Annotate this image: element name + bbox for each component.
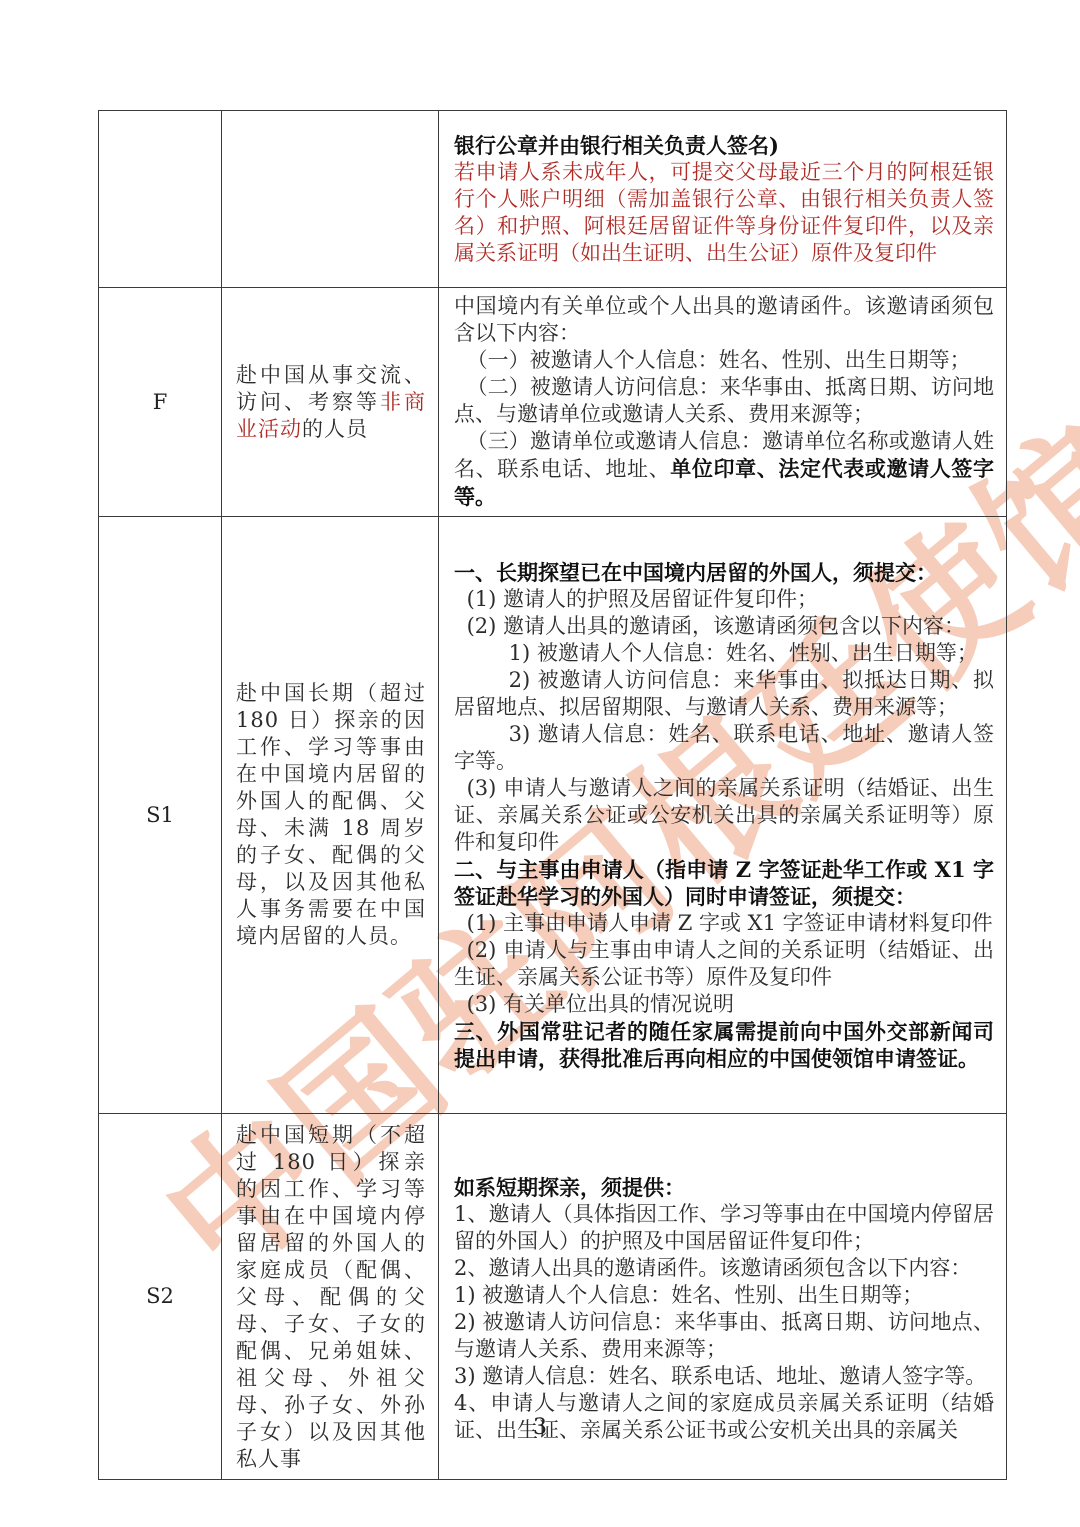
requirement-heading: 二、与主事由申请人（指申请 Z 字签证赴华工作或 X1 字签证赴华学习的外国人）… — [454, 856, 994, 910]
requirement-paragraph-red: 若申请人系未成年人，可提交父母最近三个月的阿根廷银行个人账户明细（需加盖银行公章… — [454, 159, 994, 267]
requirement-paragraph: （一）被邀请人个人信息：姓名、性别、出生日期等； — [454, 347, 994, 374]
visa-code-s1: S1 — [99, 517, 222, 1114]
document-page: 中国驻阿根廷使馆 银行公章并由银行相关负责人签名) 若申请人系未成年人，可提交父… — [0, 0, 1080, 1527]
requirement-heading: 如系短期探亲，须提供： — [454, 1174, 994, 1201]
applicant-description-cell-empty — [222, 111, 439, 288]
table-row-visa-s1: S1 赴中国长期（超过 180 日）探亲的因工作、学习等事由在中国境内居留的外国… — [99, 517, 1007, 1114]
requirement-paragraph: 1) 被邀请人个人信息：姓名、性别、出生日期等； — [454, 640, 994, 667]
requirements-cell: 中国境内有关单位或个人出具的邀请函件。该邀请函须包含以下内容： （一）被邀请人个… — [439, 288, 1007, 517]
table-row-continuation: 银行公章并由银行相关负责人签名) 若申请人系未成年人，可提交父母最近三个月的阿根… — [99, 111, 1007, 288]
visa-requirements-table: 银行公章并由银行相关负责人签名) 若申请人系未成年人，可提交父母最近三个月的阿根… — [98, 110, 1007, 1480]
requirement-paragraph: 3) 邀请人信息：姓名、联系电话、地址、邀请人签字等。 — [454, 721, 994, 775]
page-number: 3 — [0, 1415, 1080, 1440]
requirement-paragraph: (1) 邀请人的护照及居留证件复印件； — [454, 586, 994, 613]
visa-code-f: F — [99, 288, 222, 517]
requirement-paragraph: 2) 被邀请人访问信息：来华事由、拟抵达日期、拟居留地点、拟居留期限、与邀请人关… — [454, 667, 994, 721]
requirements-cell: 一、长期探望已在中国境内居留的外国人，须提交： (1) 邀请人的护照及居留证件复… — [439, 517, 1007, 1114]
requirement-paragraph: 2、邀请人出具的邀请函件。该邀请函须包含以下内容： — [454, 1255, 994, 1282]
requirement-heading: 三、外国常驻记者的随任家属需提前向中国外交部新闻司提出申请，获得批准后再向相应的… — [454, 1018, 994, 1072]
requirement-paragraph: (2) 邀请人出具的邀请函，该邀请函须包含以下内容： — [454, 613, 994, 640]
requirement-paragraph: 3) 邀请人信息：姓名、联系电话、地址、邀请人签字等。 — [454, 1363, 994, 1390]
requirement-paragraph: （二）被邀请人访问信息：来华事由、抵离日期、访问地点、与邀请单位或邀请人关系、费… — [454, 374, 994, 428]
applicant-description: 赴中国长期（超过 180 日）探亲的因工作、学习等事由在中国境内居留的外国人的配… — [236, 680, 426, 950]
description-text: 的人员 — [302, 417, 368, 441]
visa-code-cell-empty — [99, 111, 222, 288]
applicant-description-cell: 赴中国长期（超过 180 日）探亲的因工作、学习等事由在中国境内居留的外国人的配… — [222, 517, 439, 1114]
requirement-paragraph: 1、邀请人（具体指因工作、学习等事由在中国境内停留居留的外国人）的护照及中国居留… — [454, 1201, 994, 1255]
applicant-description: 赴中国从事交流、访问、考察等非商业活动的人员 — [236, 362, 426, 443]
requirement-paragraph: 银行公章并由银行相关负责人签名) — [454, 132, 994, 159]
requirement-paragraph: 2) 被邀请人访问信息：来华事由、抵离日期、访问地点、与邀请人关系、费用来源等； — [454, 1309, 994, 1363]
applicant-description-cell: 赴中国从事交流、访问、考察等非商业活动的人员 — [222, 288, 439, 517]
requirement-paragraph: (3) 有关单位出具的情况说明 — [454, 991, 994, 1018]
requirement-paragraph: 中国境内有关单位或个人出具的邀请函件。该邀请函须包含以下内容： — [454, 293, 994, 347]
requirement-paragraph: （三）邀请单位或邀请人信息：邀请单位名称或邀请人姓名、联系电话、地址、单位印章、… — [454, 428, 994, 511]
requirement-paragraph: (3) 申请人与邀请人之间的亲属关系证明（结婚证、出生证、亲属关系公证或公安机关… — [454, 775, 994, 856]
requirements-cell: 银行公章并由银行相关负责人签名) 若申请人系未成年人，可提交父母最近三个月的阿根… — [439, 111, 1007, 288]
requirement-paragraph: (1) 主事由申请人申请 Z 字或 X1 字签证申请材料复印件 — [454, 910, 994, 937]
requirement-heading: 一、长期探望已在中国境内居留的外国人，须提交： — [454, 559, 994, 586]
requirement-paragraph: (2) 申请人与主事由申请人之间的关系证明（结婚证、出生证、亲属关系公证书等）原… — [454, 937, 994, 991]
table-row-visa-f: F 赴中国从事交流、访问、考察等非商业活动的人员 中国境内有关单位或个人出具的邀… — [99, 288, 1007, 517]
requirement-paragraph: 1) 被邀请人个人信息：姓名、性别、出生日期等； — [454, 1282, 994, 1309]
